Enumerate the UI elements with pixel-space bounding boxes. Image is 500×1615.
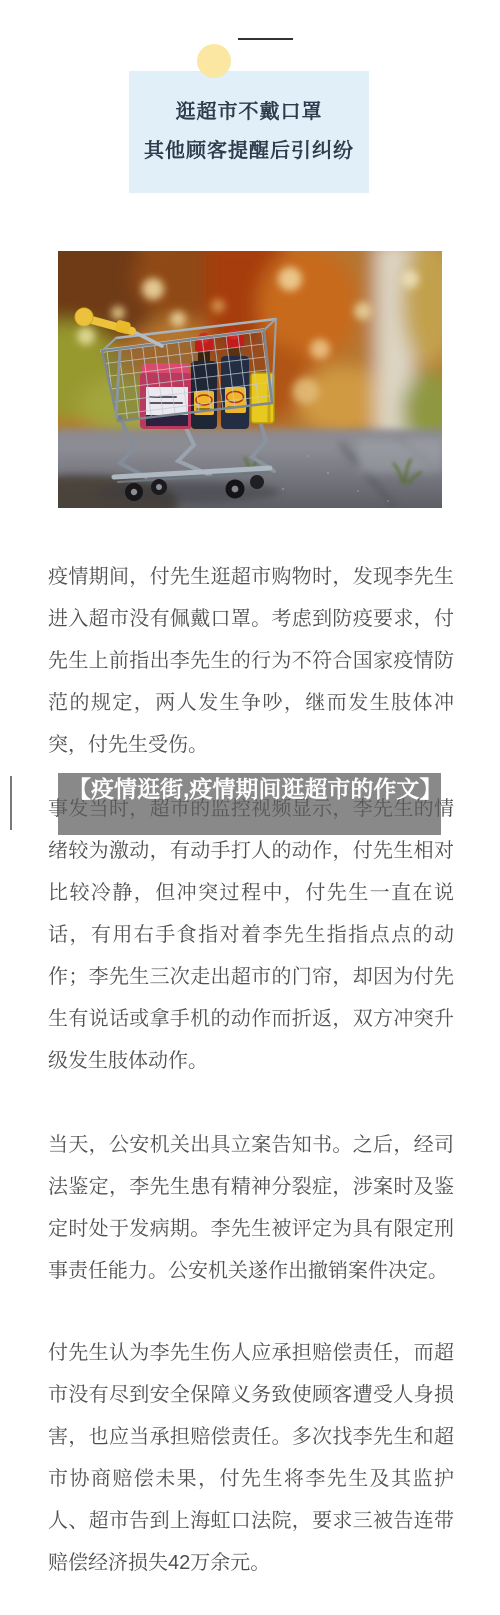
watermark-title-banner: 【疫情逛街,疫情期间逛超市的作文】 [58, 773, 441, 835]
left-edge-tick-mark [10, 776, 12, 830]
article-title-line1: 逛超市不戴口罩 [129, 93, 369, 132]
article-title-line2: 其他顾客提醒后引纠纷 [129, 132, 369, 171]
article-paragraph-4: 付先生认为李先生伤人应承担赔偿责任，而超市没有尽到安全保障义务致使顾客遭受人身损… [48, 1332, 454, 1584]
shopping-cart-photo-illustration [58, 251, 442, 508]
top-divider-line [238, 38, 293, 40]
article-page: 逛超市不戴口罩 其他顾客提醒后引纠纷 [0, 0, 500, 1615]
article-photo [58, 251, 442, 508]
accent-circle-decoration [197, 44, 231, 78]
article-paragraph-3: 当天，公安机关出具立案告知书。之后，经司法鉴定，李先生患有精神分裂症，涉案时及鉴… [48, 1124, 454, 1292]
title-card: 逛超市不戴口罩 其他顾客提醒后引纠纷 [129, 71, 369, 193]
article-paragraph-1: 疫情期间，付先生逛超市购物时，发现李先生进入超市没有佩戴口罩。考虑到防疫要求，付… [48, 556, 454, 766]
